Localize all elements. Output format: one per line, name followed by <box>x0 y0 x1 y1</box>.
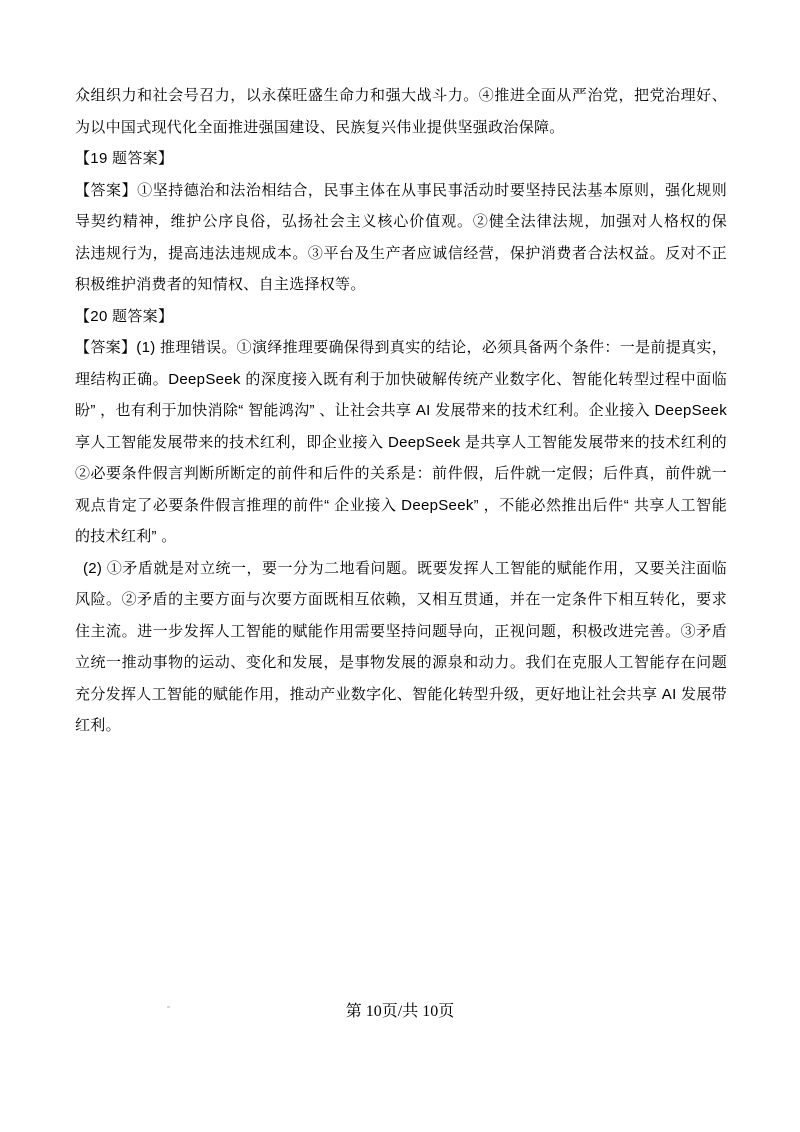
text-line: 理结构正确。DeepSeek 的深度接入既有利于加快破解传统产业数字化、智能化转… <box>75 364 727 396</box>
text-line: 盼” ，也有利于加快消除“ 智能鸿沟” 、让社会共享 AI 发展带来的技术红利。… <box>75 395 727 427</box>
text-line: 为以中国式现代化全面推进强国建设、民族复兴伟业提供坚强政治保障。 <box>75 112 727 144</box>
text-line: 【答案】①坚持德治和法治相结合，民事主体在从事民事活动时要坚持民法基本原则，强化… <box>75 175 727 207</box>
text-line: 的技术红利” 。 <box>75 521 727 553</box>
text-line: 众组织力和社会号召力，以永葆旺盛生命力和强大战斗力。④推进全面从严治党，把党治理… <box>75 80 727 112</box>
text-line: 享人工智能发展带来的技术红利，即企业接入 DeepSeek 是共享人工智能发展带… <box>75 427 727 459</box>
answer-paragraph: 【答案】(1) 推理错误。①演绎推理要确保得到真实的结论，必须具备两个条件：一是… <box>75 332 727 553</box>
answer-paragraph: 【答案】①坚持德治和法治相结合，民事主体在从事民事活动时要坚持民法基本原则，强化… <box>75 175 727 301</box>
answer-paragraph: 众组织力和社会号召力，以永葆旺盛生命力和强大战斗力。④推进全面从严治党，把党治理… <box>75 80 727 143</box>
text-line: 立统一推动事物的运动、变化和发展，是事物发展的源泉和动力。我们在克服人工智能存在… <box>75 647 727 679</box>
text-line: ②必要条件假言判断所断定的前件和后件的关系是：前件假，后件就一定假；后件真，前件… <box>75 458 727 490</box>
answer-paragraph: (2) ①矛盾就是对立统一，要一分为二地看问题。既要发挥人工智能的赋能作用，又要… <box>75 553 727 742</box>
page-number-footer: 第 10页/共 10页 <box>0 998 800 1021</box>
text-line: 红利。 <box>75 710 727 742</box>
answer-heading: 【20 题答案】 <box>75 301 727 333</box>
text-line: 【19 题答案】 <box>75 143 727 175</box>
text-line: 观点肯定了必要条件假言推理的前件“ 企业接入 DeepSeek” ，不能必然推出… <box>75 490 727 522</box>
answer-heading: 【19 题答案】 <box>75 143 727 175</box>
text-line: 导契约精神，维护公序良俗，弘扬社会主义核心价值观。②健全法律法规，加强对人格权的… <box>75 206 727 238</box>
text-line: 风险。②矛盾的主要方面与次要方面既相互依赖，又相互贯通，并在一定条件下相互转化，… <box>75 584 727 616</box>
text-line: (2) ①矛盾就是对立统一，要一分为二地看问题。既要发挥人工智能的赋能作用，又要… <box>75 553 727 585</box>
text-line: 积极维护消费者的知情权、自主选择权等。 <box>75 269 727 301</box>
document-body: 众组织力和社会号召力，以永葆旺盛生命力和强大战斗力。④推进全面从严治党，把党治理… <box>75 80 727 742</box>
text-line: 法违规行为，提高违法违规成本。③平台及生产者应诚信经营，保护消费者合法权益。反对… <box>75 238 727 270</box>
text-line: 住主流。进一步发挥人工智能的赋能作用需要坚持问题导向，正视问题，积极改进完善。③… <box>75 616 727 648</box>
text-line: 【答案】(1) 推理错误。①演绎推理要确保得到真实的结论，必须具备两个条件：一是… <box>75 332 727 364</box>
text-line: 【20 题答案】 <box>75 301 727 333</box>
text-line: 充分发挥人工智能的赋能作用，推动产业数字化、智能化转型升级，更好地让社会共享 A… <box>75 679 727 711</box>
